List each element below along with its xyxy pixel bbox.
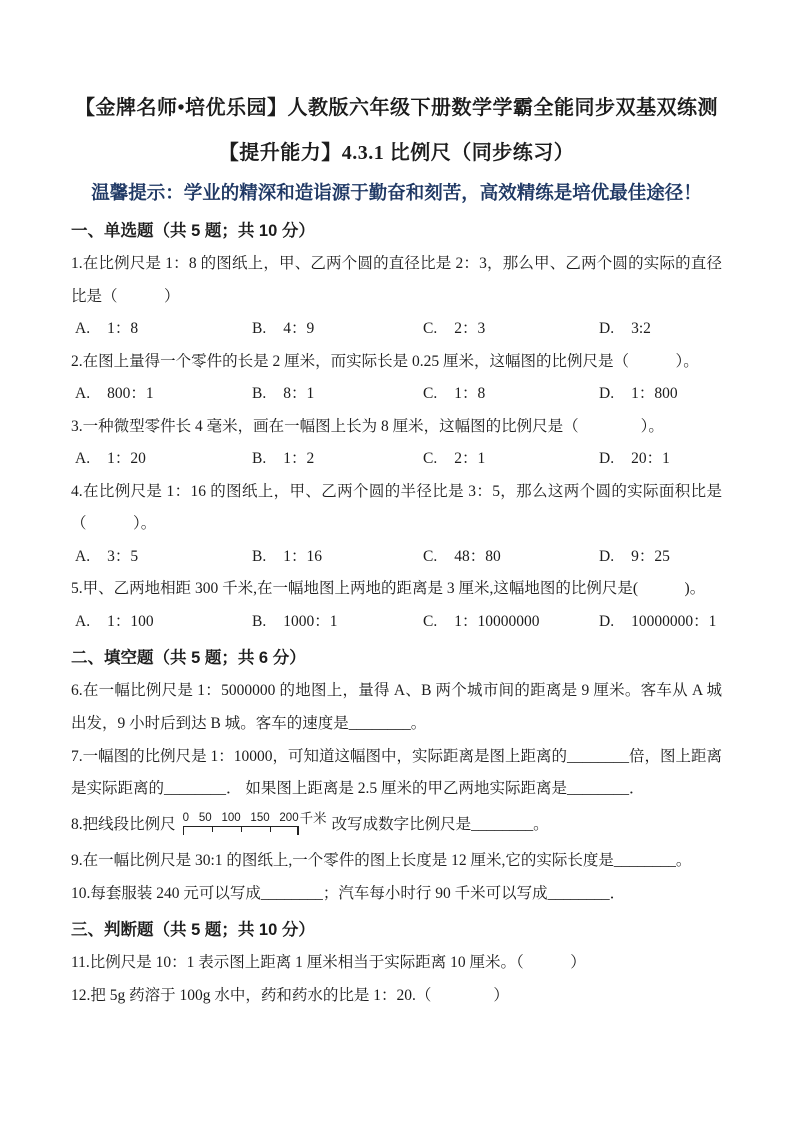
- question-4-options: A.3：5 B.1：16 C.48：80 D.9：25: [71, 541, 722, 574]
- option-2c: C.1：8: [423, 378, 599, 411]
- question-2: 2.在图上量得一个零件的长是 2 厘米，而实际长是 0.25 厘米，这幅图的比例…: [71, 346, 722, 379]
- option-1c: C.2：3: [423, 313, 599, 346]
- option-3b: B.1：2: [252, 443, 423, 476]
- option-3a: A.1：20: [75, 443, 252, 476]
- question-8-suffix: 改写成数字比例尺是________。: [332, 806, 549, 844]
- question-5: 5.甲、乙两地相距 300 千米,在一幅地图上两地的距离是 3 厘米,这幅地图的…: [71, 573, 722, 606]
- option-4d: D.9：25: [599, 541, 722, 574]
- option-2b: B.8：1: [252, 378, 423, 411]
- option-5d: D.10000000：1: [599, 606, 722, 639]
- option-4a: A.3：5: [75, 541, 252, 574]
- ruler-tick-label-50: 50: [199, 812, 212, 825]
- option-5c: C.1：10000000: [423, 606, 599, 639]
- ruler-bar: [183, 826, 299, 835]
- page-title-line2: 【提升能力】4.3.1 比例尺（同步练习）: [71, 140, 722, 166]
- section-heading-fill: 二、填空题（共 5 题；共 6 分）: [71, 645, 722, 672]
- option-5a: A.1：100: [75, 606, 252, 639]
- question-10: 10.每套服装 240 元可以写成________；汽车每小时行 90 千米可以…: [71, 878, 722, 911]
- question-8-prefix: 8.把线段比例尺: [71, 806, 176, 844]
- question-6: 6.在一幅比例尺是 1：5000000 的地图上，量得 A、B 两个城市间的距离…: [71, 675, 722, 740]
- worksheet-page: 【金牌名师•培优乐园】人教版六年级下册数学学霸全能同步双基双练测 【提升能力】4…: [0, 0, 793, 1122]
- option-2d: D.1：800: [599, 378, 722, 411]
- option-2a: A.800：1: [75, 378, 252, 411]
- option-3d: D.20：1: [599, 443, 722, 476]
- ruler-tick-label-0: 0: [183, 812, 189, 825]
- section-heading-choice: 一、单选题（共 5 题；共 10 分）: [71, 218, 722, 245]
- question-11: 11.比例尺是 10：1 表示图上距离 1 厘米相当于实际距离 10 厘米。（ …: [71, 947, 722, 980]
- ruler-unit-label: 千米: [300, 812, 327, 825]
- option-5b: B.1000：1: [252, 606, 423, 639]
- line-segment-scale-ruler: 0 50 100 150 200 千米: [183, 812, 327, 835]
- section-heading-judge: 三、判断题（共 5 题；共 10 分）: [71, 917, 722, 944]
- question-12: 12.把 5g 药溶于 100g 水中，药和药水的比是 1：20.（ ）: [71, 980, 722, 1013]
- question-7: 7.一幅图的比例尺是 1：10000，可知道这幅图中，实际距离是图上距离的___…: [71, 741, 722, 806]
- question-1: 1.在比例尺是 1：8 的图纸上，甲、乙两个圆的直径比是 2：3，那么甲、乙两个…: [71, 248, 722, 313]
- option-1b: B.4：9: [252, 313, 423, 346]
- question-1-options: A.1：8 B.4：9 C.2：3 D.3:2: [71, 313, 722, 346]
- page-title-line1: 【金牌名师•培优乐园】人教版六年级下册数学学霸全能同步双基双练测: [71, 95, 722, 121]
- option-4c: C.48：80: [423, 541, 599, 574]
- tip-banner: 温馨提示：学业的精深和造诣源于勤奋和刻苦，高效精练是培优最佳途径！: [71, 181, 722, 207]
- question-2-options: A.800：1 B.8：1 C.1：8 D.1：800: [71, 378, 722, 411]
- ruler-tick-label-200: 200: [279, 812, 298, 825]
- option-3c: C.2：1: [423, 443, 599, 476]
- question-4: 4.在比例尺是 1：16 的图纸上，甲、乙两个圆的半径比是 3：5，那么这两个圆…: [71, 476, 722, 541]
- question-9: 9.在一幅比例尺是 30:1 的图纸上,一个零件的图上长度是 12 厘米,它的实…: [71, 845, 722, 878]
- ruler-tick-label-100: 100: [221, 812, 240, 825]
- question-3-options: A.1：20 B.1：2 C.2：1 D.20：1: [71, 443, 722, 476]
- question-8: 8.把线段比例尺 0 50 100 150 200 千米 改写成数字比例尺: [71, 806, 722, 844]
- question-3: 3.一种微型零件长 4 毫米，画在一幅图上长为 8 厘米，这幅图的比例尺是（ ）…: [71, 411, 722, 444]
- question-5-options: A.1：100 B.1000：1 C.1：10000000 D.10000000…: [71, 606, 722, 639]
- option-1a: A.1：8: [75, 313, 252, 346]
- ruler-tick-label-150: 150: [250, 812, 269, 825]
- option-1d: D.3:2: [599, 313, 722, 346]
- option-4b: B.1：16: [252, 541, 423, 574]
